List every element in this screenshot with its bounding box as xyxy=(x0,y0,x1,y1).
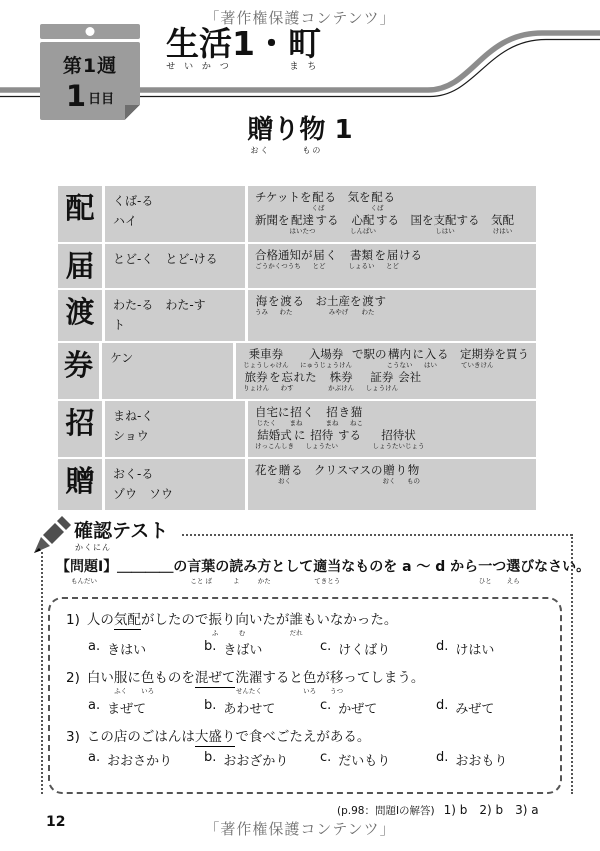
kanji-cell: 招 xyxy=(58,401,102,457)
kanji-cell: 配 xyxy=(58,186,102,242)
examples-cell: 花を贈おくる クリスマスの贈おくり物もの xyxy=(248,459,536,510)
example-line: チケットを配くばる 気を配くばる xyxy=(255,190,529,212)
choice-label: d. xyxy=(436,698,448,717)
choice-label: a. xyxy=(88,750,100,769)
choice-a: a.まぜて xyxy=(88,698,204,717)
kanji-row: 招 まね-く ショウ 自宅じたくに招まねく 招まねき猫ねこ 結婚式けっこんしきに… xyxy=(58,401,536,457)
choice-label: b. xyxy=(204,639,216,658)
choices-row: a.まぜて b.あわせて c.かぜて d.みぜて xyxy=(88,698,552,717)
reading-line: ショウ xyxy=(113,426,237,446)
questions-box: 1) 人の気配がしたので振ふり向むいたが誰だれもいなかった。 a.きはい b.き… xyxy=(48,597,562,794)
readings-cell: おく-る ゾウ ソウ xyxy=(105,459,245,510)
choice-text: きばい xyxy=(223,639,262,658)
question-sentence-row: 3) この店のごはんは大盛りで食べごたえがある。 xyxy=(66,729,552,747)
question-sentence: この店のごはんは大盛りで食べごたえがある。 xyxy=(87,729,371,747)
choice-a: a.きはい xyxy=(88,639,204,658)
choice-text: おおざかり xyxy=(223,750,288,769)
question-sentence: 白い服ふくに色いろものを混ぜて洗濯せんたくすると色いろが移うつってしまう。 xyxy=(87,670,425,694)
choice-a: a.おおさかり xyxy=(88,750,204,769)
calendar-hole xyxy=(86,27,95,36)
choice-text: けはい xyxy=(455,639,494,658)
question-number: 2) xyxy=(66,670,80,687)
question-3: 3) この店のごはんは大盛りで食べごたえがある。 a.おおさかり b.おおざかり… xyxy=(66,729,552,769)
page-title: 生活せ い か つ1・町ま ち xyxy=(166,26,321,72)
choice-label: c. xyxy=(320,698,331,717)
question-number: 1) xyxy=(66,612,80,629)
choice-text: まぜて xyxy=(107,698,146,717)
calendar-top-strip xyxy=(40,24,140,39)
question-sentence: 人の気配がしたので振ふり向むいたが誰だれもいなかった。 xyxy=(87,612,398,636)
lesson-subtitle: 贈おくり物もの 1 xyxy=(247,116,352,155)
test-section-heading: 確認かくにんテスト xyxy=(74,520,168,552)
choice-d: d.けはい xyxy=(436,639,552,658)
problem-instruction: 【問題もんだいⅠ】＿＿＿＿の言葉こと ばの読よみ方かたとして適当てきとうなものを… xyxy=(56,559,590,584)
reading-line: ゾウ ソウ xyxy=(113,484,237,504)
week-label: 第1週 xyxy=(40,51,140,78)
choice-c: c.かぜて xyxy=(320,698,436,717)
kanji-row: 贈 おく-る ゾウ ソウ 花を贈おくる クリスマスの贈おくり物もの xyxy=(58,459,536,510)
reading-line: おく-る xyxy=(113,464,237,484)
day-suffix: 日目 xyxy=(88,92,114,107)
dotted-rule-left xyxy=(41,552,43,794)
question-sentence-row: 2) 白い服ふくに色いろものを混ぜて洗濯せんたくすると色いろが移うつってしまう。 xyxy=(66,670,552,694)
calendar-body: 第1週 1日目 xyxy=(40,42,140,120)
examples-cell: チケットを配くばる 気を配くばる 新聞を配達はいたつする 心配しんぱいする 国を… xyxy=(248,186,536,242)
example-line: 自宅じたくに招まねく 招まねき猫ねこ xyxy=(255,405,529,427)
question-number: 3) xyxy=(66,729,80,746)
choice-b: b.きばい xyxy=(204,639,320,658)
reading-line: くば-る xyxy=(113,191,237,211)
choice-label: b. xyxy=(204,750,216,769)
choice-text: おおもり xyxy=(455,750,507,769)
example-line: 乗車券じょうしゃけん 入場券にゅうじょうけんで駅の構内こうないに入はいる 定期券… xyxy=(243,347,529,369)
choice-c: c.だいもり xyxy=(320,750,436,769)
choice-b: b.おおざかり xyxy=(204,750,320,769)
kanji-row: 渡 わた-る わた-す ト 海うみを渡わたる お土産みやげを渡わたす xyxy=(58,290,536,341)
example-line: 海うみを渡わたる お土産みやげを渡わたす xyxy=(255,294,529,316)
choice-text: おおさかり xyxy=(107,750,172,769)
readings-cell: ケン xyxy=(102,343,233,399)
kanji-cell: 渡 xyxy=(58,290,102,341)
example-line: 合格通知ごうかくつうちが届とどく 書類しょるいを届とどける xyxy=(255,248,529,270)
reading-line: ハイ xyxy=(113,211,237,231)
question-1: 1) 人の気配がしたので振ふり向むいたが誰だれもいなかった。 a.きはい b.き… xyxy=(66,612,552,658)
page-number: 12 xyxy=(46,814,65,830)
textbook-page: 「著作権保護コンテンツ」 第1週 1日目 生活せ い か つ1・町ま ち 贈おく… xyxy=(0,0,600,851)
answer-key-note: (p.98：問題Ⅰの解答) xyxy=(337,803,435,818)
choice-text: けくばり xyxy=(338,639,390,658)
readings-cell: とど-く とど-ける xyxy=(105,244,245,288)
kanji-row: 届 とど-く とど-ける 合格通知ごうかくつうちが届とどく 書類しょるいを届とど… xyxy=(58,244,536,288)
copyright-watermark-bottom: 「著作権保護コンテンツ」 xyxy=(204,818,395,839)
choice-label: a. xyxy=(88,639,100,658)
answer-key-values: 1) b 2) b 3) a xyxy=(444,801,539,818)
example-line: 旅券りょけんを忘わすれた 株券かぶけん 証券しょうけん会社 xyxy=(243,370,529,392)
examples-cell: 乗車券じょうしゃけん 入場券にゅうじょうけんで駅の構内こうないに入はいる 定期券… xyxy=(236,343,536,399)
choice-label: d. xyxy=(436,750,448,769)
pencil-icon xyxy=(29,514,73,558)
readings-cell: まね-く ショウ xyxy=(105,401,245,457)
choice-label: c. xyxy=(320,639,331,658)
dotted-rule-top xyxy=(182,534,572,536)
kanji-cell: 贈 xyxy=(58,459,102,510)
choice-text: みぜて xyxy=(455,698,494,717)
kanji-row: 配 くば-る ハイ チケットを配くばる 気を配くばる 新聞を配達はいたつする 心… xyxy=(58,186,536,242)
choice-label: d. xyxy=(436,639,448,658)
reading-line: わた-る わた-す xyxy=(113,295,237,315)
day-number: 1 xyxy=(66,79,86,113)
reading-line: ケン xyxy=(110,348,225,368)
kanji-cell: 届 xyxy=(58,244,102,288)
example-line: 新聞を配達はいたつする 心配しんぱいする 国を支配しはいする 気配けはい xyxy=(255,213,529,235)
examples-cell: 自宅じたくに招まねく 招まねき猫ねこ 結婚式けっこんしきに招待しょうたいする 招… xyxy=(248,401,536,457)
examples-cell: 海うみを渡わたる お土産みやげを渡わたす xyxy=(248,290,536,341)
choices-row: a.きはい b.きばい c.けくばり d.けはい xyxy=(88,639,552,658)
reading-line: まね-く xyxy=(113,406,237,426)
question-sentence-row: 1) 人の気配がしたので振ふり向むいたが誰だれもいなかった。 xyxy=(66,612,552,636)
question-2: 2) 白い服ふくに色いろものを混ぜて洗濯せんたくすると色いろが移うつってしまう。… xyxy=(66,670,552,716)
choice-d: d.みぜて xyxy=(436,698,552,717)
reading-line: とど-く とど-ける xyxy=(113,249,237,269)
choices-row: a.おおさかり b.おおざかり c.だいもり d.おおもり xyxy=(88,750,552,769)
choice-c: c.けくばり xyxy=(320,639,436,658)
reading-line: ト xyxy=(113,315,237,335)
kanji-cell: 券 xyxy=(58,343,99,399)
choice-b: b.あわせて xyxy=(204,698,320,717)
lesson-subtitle-wrap: 贈おくり物もの 1 xyxy=(0,116,600,155)
choice-text: あわせて xyxy=(223,698,275,717)
calendar-day-icon: 第1週 1日目 xyxy=(40,24,140,120)
answer-key: (p.98：問題Ⅰの解答) 1) b 2) b 3) a xyxy=(337,801,539,818)
examples-cell: 合格通知ごうかくつうちが届とどく 書類しょるいを届とどける xyxy=(248,244,536,288)
readings-cell: わた-る わた-す ト xyxy=(105,290,245,341)
choice-d: d.おおもり xyxy=(436,750,552,769)
readings-cell: くば-る ハイ xyxy=(105,186,245,242)
kanji-table: 配 くば-る ハイ チケットを配くばる 気を配くばる 新聞を配達はいたつする 心… xyxy=(58,186,536,510)
example-line: 結婚式けっこんしきに招待しょうたいする 招待状しょうたいじょう xyxy=(255,428,529,450)
choice-text: だいもり xyxy=(338,750,390,769)
choice-label: b. xyxy=(204,698,216,717)
choice-label: a. xyxy=(88,698,100,717)
choice-label: c. xyxy=(320,750,331,769)
example-line: 花を贈おくる クリスマスの贈おくり物もの xyxy=(255,463,529,485)
choice-text: きはい xyxy=(107,639,146,658)
choice-text: かぜて xyxy=(338,698,377,717)
kanji-row: 券 ケン 乗車券じょうしゃけん 入場券にゅうじょうけんで駅の構内こうないに入はい… xyxy=(58,343,536,399)
